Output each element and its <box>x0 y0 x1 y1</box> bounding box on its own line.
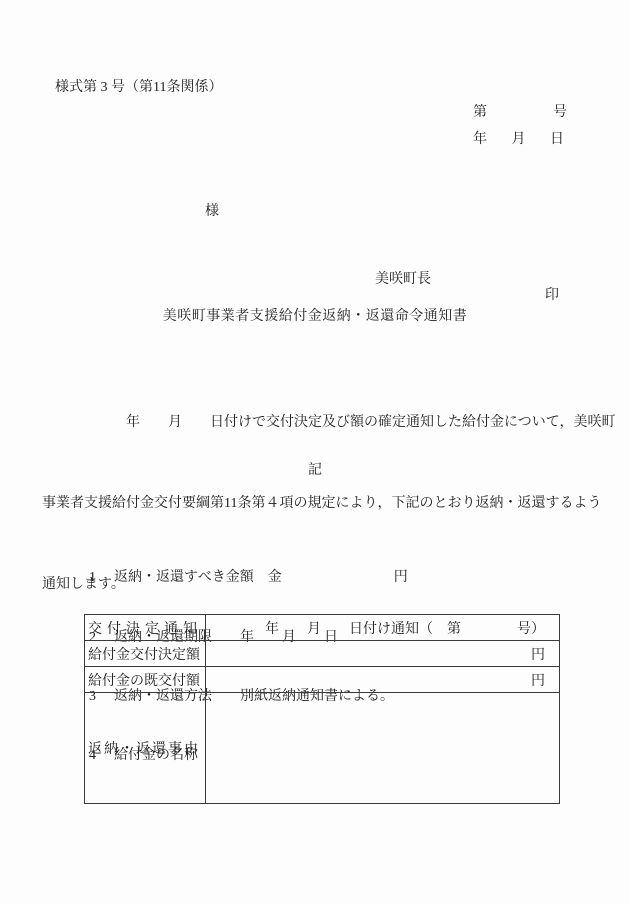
date-day-label: 日 <box>550 128 564 148</box>
date-month-label: 月 <box>512 128 526 148</box>
addressee-honorific: 様 <box>205 200 219 220</box>
doc-number-line: 第 号 <box>473 101 567 121</box>
item-value: 金 円 <box>254 570 408 585</box>
sender-name: 美咲町長 <box>375 268 431 288</box>
doc-number-suffix: 号 <box>553 101 567 121</box>
list-item: 1返納・返還すべき金額 金 円 <box>68 537 408 564</box>
doc-number-prefix: 第 <box>473 101 487 121</box>
table-row: 給付金の既交付額 円 <box>85 667 560 693</box>
sender-line: 美咲町長 印 <box>0 252 630 270</box>
document-title: 美咲町事業者支援給付金返納・返還命令通知書 <box>0 305 630 325</box>
issue-date-line: 年 月 日 <box>473 128 564 148</box>
row-value-cell: 円 <box>206 667 560 693</box>
row-label-cell: 交付決定通知 <box>85 615 206 641</box>
seal-mark: 印 <box>545 284 559 304</box>
table-row: 返納・返還事由 <box>85 693 560 804</box>
document-page: 様式第 3 号（第11条関係） 第 号 年 月 日 様 美咲町長 印 美咲町事業… <box>0 0 630 903</box>
table-row: 給付金交付決定額 円 <box>85 641 560 667</box>
date-year-label: 年 <box>473 128 487 148</box>
table-row: 交付決定通知 年 月 日付け通知（ 第 号） <box>85 615 560 641</box>
row-value-cell: 年 月 日付け通知（ 第 号） <box>206 615 560 641</box>
row-label-cell: 給付金の既交付額 <box>85 667 206 693</box>
item-number: 1 <box>89 564 114 591</box>
row-value-cell: 円 <box>206 641 560 667</box>
form-number: 様式第 3 号（第11条関係） <box>55 76 222 96</box>
row-value-cell <box>206 693 560 804</box>
row-label-cell: 返納・返還事由 <box>85 693 206 804</box>
record-marker: 記 <box>0 459 630 479</box>
row-label-cell: 給付金交付決定額 <box>85 641 206 667</box>
grant-table: 交付決定通知 年 月 日付け通知（ 第 号） 給付金交付決定額 円 給付金の既交… <box>84 614 560 804</box>
body-line: 年 月 日付けで交付決定及び額の確定通知した給付金について，美咲町 <box>42 409 612 436</box>
item-label: 返納・返還すべき金額 <box>114 570 254 585</box>
